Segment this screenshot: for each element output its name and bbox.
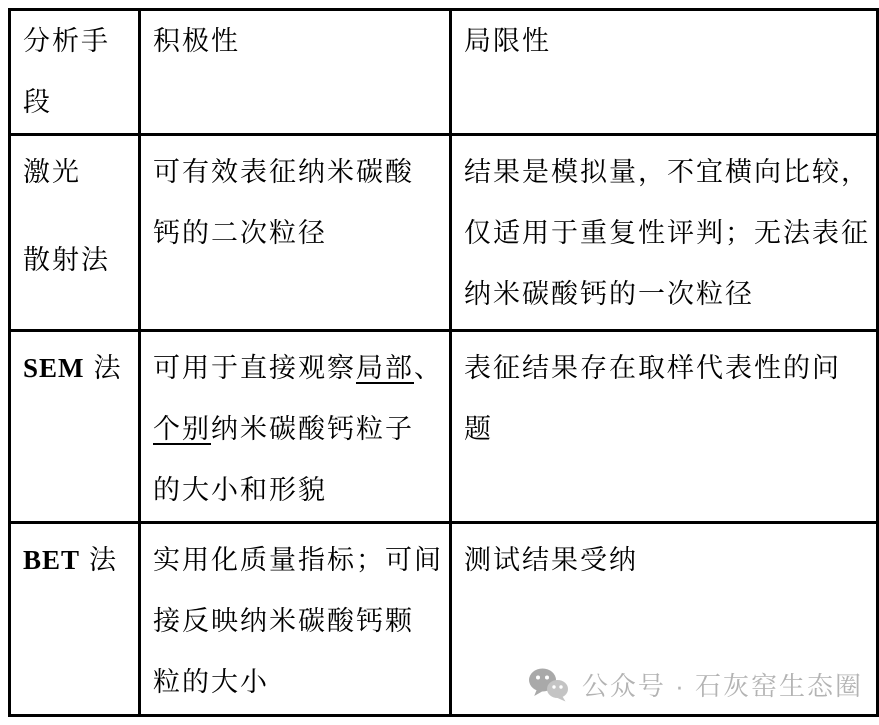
table-header-row: 分析手 段 积极性 局限性 — [10, 10, 878, 135]
header-method-line1: 分析手 — [23, 11, 132, 72]
header-cell-positive: 积极性 — [140, 10, 451, 135]
laser-limitation-line3: 纳米碳酸钙的一次粒径 — [464, 264, 870, 325]
sem-method-acronym: SEM — [23, 353, 85, 383]
header-method-line2: 段 — [23, 72, 132, 133]
sem-positive-line2-text: 纳米碳酸钙粒子 — [211, 414, 414, 444]
cell-sem-method: SEM法 — [10, 331, 140, 523]
laser-positive-line1: 可有效表征纳米碳酸 — [153, 142, 443, 203]
sem-positive-line1-tail: 、 — [414, 353, 443, 383]
cell-laser-positive: 可有效表征纳米碳酸 钙的二次粒径 — [140, 135, 451, 331]
cell-sem-positive: 可用于直接观察局部、 个别纳米碳酸钙粒子 的大小和形貌 — [140, 331, 451, 523]
document-page: 分析手 段 积极性 局限性 激光 散射法 可有效表征纳米碳酸 钙的二次粒径 结果… — [0, 0, 879, 725]
bet-positive-line1: 实用化质量指标；可间 — [153, 530, 443, 591]
header-limitation-label: 局限性 — [464, 11, 870, 72]
cell-laser-limitation: 结果是模拟量，不宜横向比较， 仅适用于重复性评判；无法表征 纳米碳酸钙的一次粒径 — [451, 135, 878, 331]
bet-limitation-line1: 测试结果受纳 — [464, 530, 870, 591]
sem-limitation-line1: 表征结果存在取样代表性的问 — [464, 338, 870, 399]
laser-limitation-line2: 仅适用于重复性评判；无法表征 — [464, 203, 870, 264]
sem-method-suffix: 法 — [94, 353, 123, 383]
header-cell-limitation: 局限性 — [451, 10, 878, 135]
bet-method-acronym: BET — [23, 545, 80, 575]
laser-method-line1: 激光 — [23, 142, 132, 203]
header-cell-method: 分析手 段 — [10, 10, 140, 135]
bet-positive-line3: 粒的大小 — [153, 652, 443, 713]
header-positive-label: 积极性 — [153, 11, 443, 72]
wechat-icon — [528, 667, 570, 703]
cell-bet-method: BET法 — [10, 523, 140, 716]
analysis-methods-table: 分析手 段 积极性 局限性 激光 散射法 可有效表征纳米碳酸 钙的二次粒径 结果… — [8, 8, 879, 717]
sem-limitation-line2: 题 — [464, 399, 870, 460]
sem-positive-line1-underlined: 局部 — [356, 353, 414, 383]
cell-sem-limitation: 表征结果存在取样代表性的问 题 — [451, 331, 878, 523]
watermark-label: 公众号 · 石灰窑生态圈 — [582, 666, 863, 703]
watermark: 公众号 · 石灰窑生态圈 — [528, 666, 863, 703]
laser-positive-line2: 钙的二次粒径 — [153, 203, 443, 264]
cell-laser-method: 激光 散射法 — [10, 135, 140, 331]
laser-method-line2: 散射法 — [23, 230, 132, 291]
table-row-laser: 激光 散射法 可有效表征纳米碳酸 钙的二次粒径 结果是模拟量，不宜横向比较， 仅… — [10, 135, 878, 331]
cell-bet-positive: 实用化质量指标；可间 接反映纳米碳酸钙颗 粒的大小 — [140, 523, 451, 716]
laser-limitation-line1: 结果是模拟量，不宜横向比较， — [464, 142, 870, 203]
sem-positive-line3: 的大小和形貌 — [153, 460, 443, 521]
table-row-sem: SEM法 可用于直接观察局部、 个别纳米碳酸钙粒子 的大小和形貌 表征结果存在取… — [10, 331, 878, 523]
bet-positive-line2: 接反映纳米碳酸钙颗 — [153, 591, 443, 652]
bet-method-suffix: 法 — [89, 545, 118, 575]
sem-positive-line1-text: 可用于直接观察 — [153, 353, 356, 383]
sem-positive-line2-underlined: 个别 — [153, 414, 211, 444]
